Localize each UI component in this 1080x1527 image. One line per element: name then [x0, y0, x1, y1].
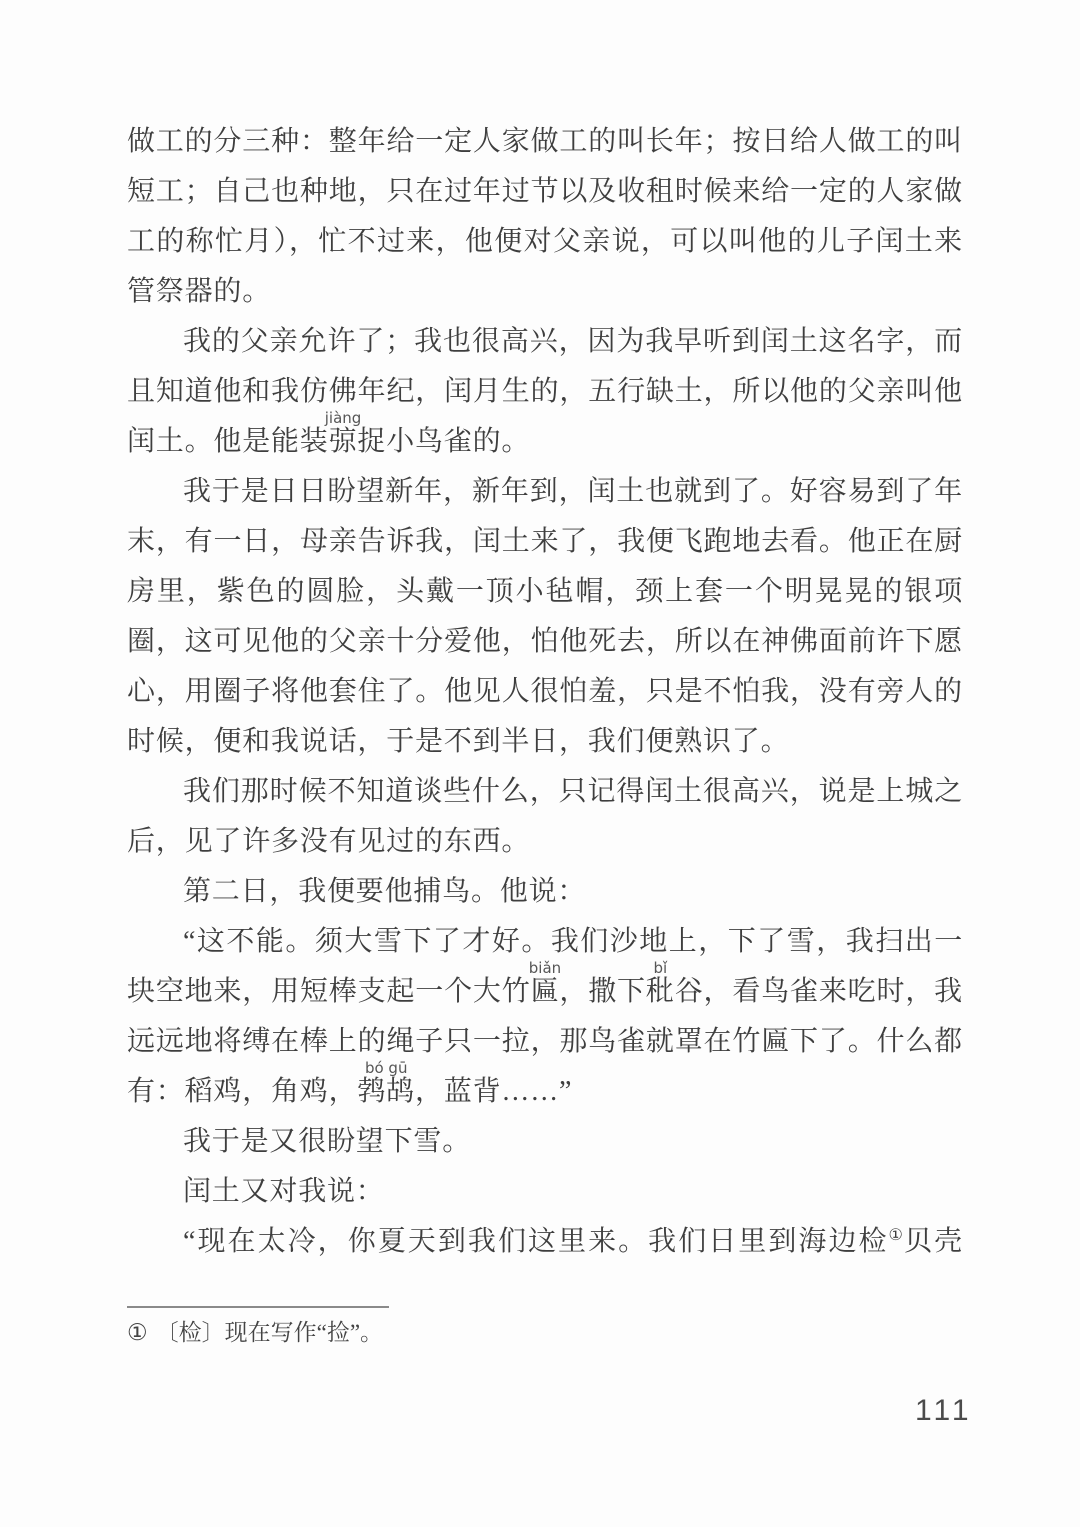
text-segment: 谷，看鸟雀来吃时，我	[675, 976, 963, 1007]
pinyin-annotation: biǎn	[529, 961, 561, 976]
text-segment: 时候，便和我说话，于是不到半日，我们便熟识了。	[127, 726, 789, 757]
footnote-divider	[127, 1306, 389, 1308]
text-segment: “现在太冷，你夏天到我们这里来。我们日里到海边检	[183, 1226, 889, 1257]
text-line: 我的父亲允许了；我也很高兴，因为我早听到闰土这名字，而	[127, 317, 963, 367]
pinyin-annotated-text: 匾biǎn	[531, 976, 560, 1007]
text-line: 我们那时候不知道谈些什么，只记得闰土很高兴，说是上城之	[127, 767, 963, 817]
pinyin-annotated-text: 秕bǐ	[646, 976, 675, 1007]
text-segment: 我的父亲允许了；我也很高兴，因为我早听到闰土这名字，而	[183, 326, 963, 357]
text-segment: 我于是日日盼望新年，新年到，闰土也就到了。好容易到了年	[183, 476, 963, 507]
text-line: 我于是又很盼望下雪。	[127, 1117, 963, 1167]
text-segment: 且知道他和我仿佛年纪，闰月生的，五行缺土，所以他的父亲叫他	[127, 376, 963, 407]
text-line: 后，见了许多没有见过的东西。	[127, 817, 963, 867]
text-line: 房里，紫色的圆脸，头戴一顶小毡帽，颈上套一个明晃晃的银项	[127, 567, 963, 617]
text-segment: 短工；自己也种地，只在过年过节以及收租时候来给一定的人家做	[127, 176, 963, 207]
text-line: 管祭器的。	[127, 267, 963, 317]
text-segment: 闰土又对我说：	[183, 1176, 385, 1207]
text-segment: 做工的分三种：整年给一定人家做工的叫长年；按日给人做工的叫	[127, 126, 963, 157]
text-segment: 块空地来，用短棒支起一个大竹	[127, 976, 531, 1007]
text-segment: 远远地将缚在棒上的绳子只一拉，那鸟雀就罩在竹匾下了。什么都	[127, 1026, 963, 1057]
text-segment: 我于是又很盼望下雪。	[183, 1126, 471, 1157]
text-segment: 闰土。他是能装	[127, 426, 329, 457]
text-segment: 后，见了许多没有见过的东西。	[127, 826, 530, 857]
text-segment: 第二日，我便要他捕鸟。他说：	[183, 876, 586, 907]
text-line: “现在太冷，你夏天到我们这里来。我们日里到海边检①贝壳	[127, 1217, 963, 1267]
text-segment: 房里，紫色的圆脸，头戴一顶小毡帽，颈上套一个明晃晃的银项	[127, 576, 963, 607]
text-line: 做工的分三种：整年给一定人家做工的叫长年；按日给人做工的叫	[127, 117, 963, 167]
pinyin-annotated-text: 鹁鸪bó gū	[357, 1076, 415, 1107]
text-segment: ，撒下	[559, 976, 645, 1007]
text-segment: 捉小鸟雀的。	[357, 426, 530, 457]
text-line: 有：稻鸡，角鸡，鹁鸪bó gū，蓝背……”	[127, 1067, 963, 1117]
page-number: 111	[915, 1394, 973, 1428]
footnote-text: 〔检〕现在写作“捡”。	[156, 1320, 383, 1345]
text-block: 做工的分三种：整年给一定人家做工的叫长年；按日给人做工的叫短工；自己也种地，只在…	[127, 117, 963, 1267]
text-line: 末，有一日，母亲告诉我，闰土来了，我便飞跑地去看。他正在厨	[127, 517, 963, 567]
book-page: 做工的分三种：整年给一定人家做工的叫长年；按日给人做工的叫短工；自己也种地，只在…	[0, 0, 1080, 1527]
pinyin-annotated-text: 弶jiàng	[329, 426, 358, 457]
text-line: 远远地将缚在棒上的绳子只一拉，那鸟雀就罩在竹匾下了。什么都	[127, 1017, 963, 1067]
text-segment: 有：稻鸡，角鸡，	[127, 1076, 357, 1107]
text-line: 心，用圈子将他套住了。他见人很怕羞，只是不怕我，没有旁人的	[127, 667, 963, 717]
text-segment: ，蓝背……”	[415, 1076, 572, 1107]
text-line: 工的称忙月），忙不过来，他便对父亲说，可以叫他的儿子闰土来	[127, 217, 963, 267]
text-line: 块空地来，用短棒支起一个大竹匾biǎn，撒下秕bǐ谷，看鸟雀来吃时，我	[127, 967, 963, 1017]
text-segment: 工的称忙月），忙不过来，他便对父亲说，可以叫他的儿子闰土来	[127, 226, 963, 257]
text-segment: 贝壳	[904, 1226, 963, 1257]
text-line: 圈，这可见他的父亲十分爱他，怕他死去，所以在神佛面前许下愿	[127, 617, 963, 667]
footnote-row: ①〔检〕现在写作“捡”。	[127, 1318, 963, 1348]
text-line: 闰土。他是能装弶jiàng捉小鸟雀的。	[127, 417, 963, 467]
text-segment: “这不能。须大雪下了才好。我们沙地上，下了雪，我扫出一	[183, 926, 963, 957]
footnote-reference: ①	[889, 1227, 905, 1244]
footnote: ①〔检〕现在写作“捡”。	[127, 1306, 963, 1348]
pinyin-annotation: bǐ	[653, 961, 667, 976]
footnote-marker: ①	[127, 1320, 148, 1345]
text-segment: 管祭器的。	[127, 276, 271, 307]
text-line: 且知道他和我仿佛年纪，闰月生的，五行缺土，所以他的父亲叫他	[127, 367, 963, 417]
text-segment: 圈，这可见他的父亲十分爱他，怕他死去，所以在神佛面前许下愿	[127, 626, 963, 657]
text-line: 时候，便和我说话，于是不到半日，我们便熟识了。	[127, 717, 963, 767]
text-segment: 心，用圈子将他套住了。他见人很怕羞，只是不怕我，没有旁人的	[127, 676, 963, 707]
text-segment: 我们那时候不知道谈些什么，只记得闰土很高兴，说是上城之	[183, 776, 963, 807]
text-line: 第二日，我便要他捕鸟。他说：	[127, 867, 963, 917]
text-line: 闰土又对我说：	[127, 1167, 963, 1217]
text-line: 我于是日日盼望新年，新年到，闰土也就到了。好容易到了年	[127, 467, 963, 517]
text-segment: 末，有一日，母亲告诉我，闰土来了，我便飞跑地去看。他正在厨	[127, 526, 963, 557]
pinyin-annotation: jiàng	[325, 411, 362, 426]
text-line: 短工；自己也种地，只在过年过节以及收租时候来给一定的人家做	[127, 167, 963, 217]
pinyin-annotation: bó gū	[365, 1061, 408, 1076]
